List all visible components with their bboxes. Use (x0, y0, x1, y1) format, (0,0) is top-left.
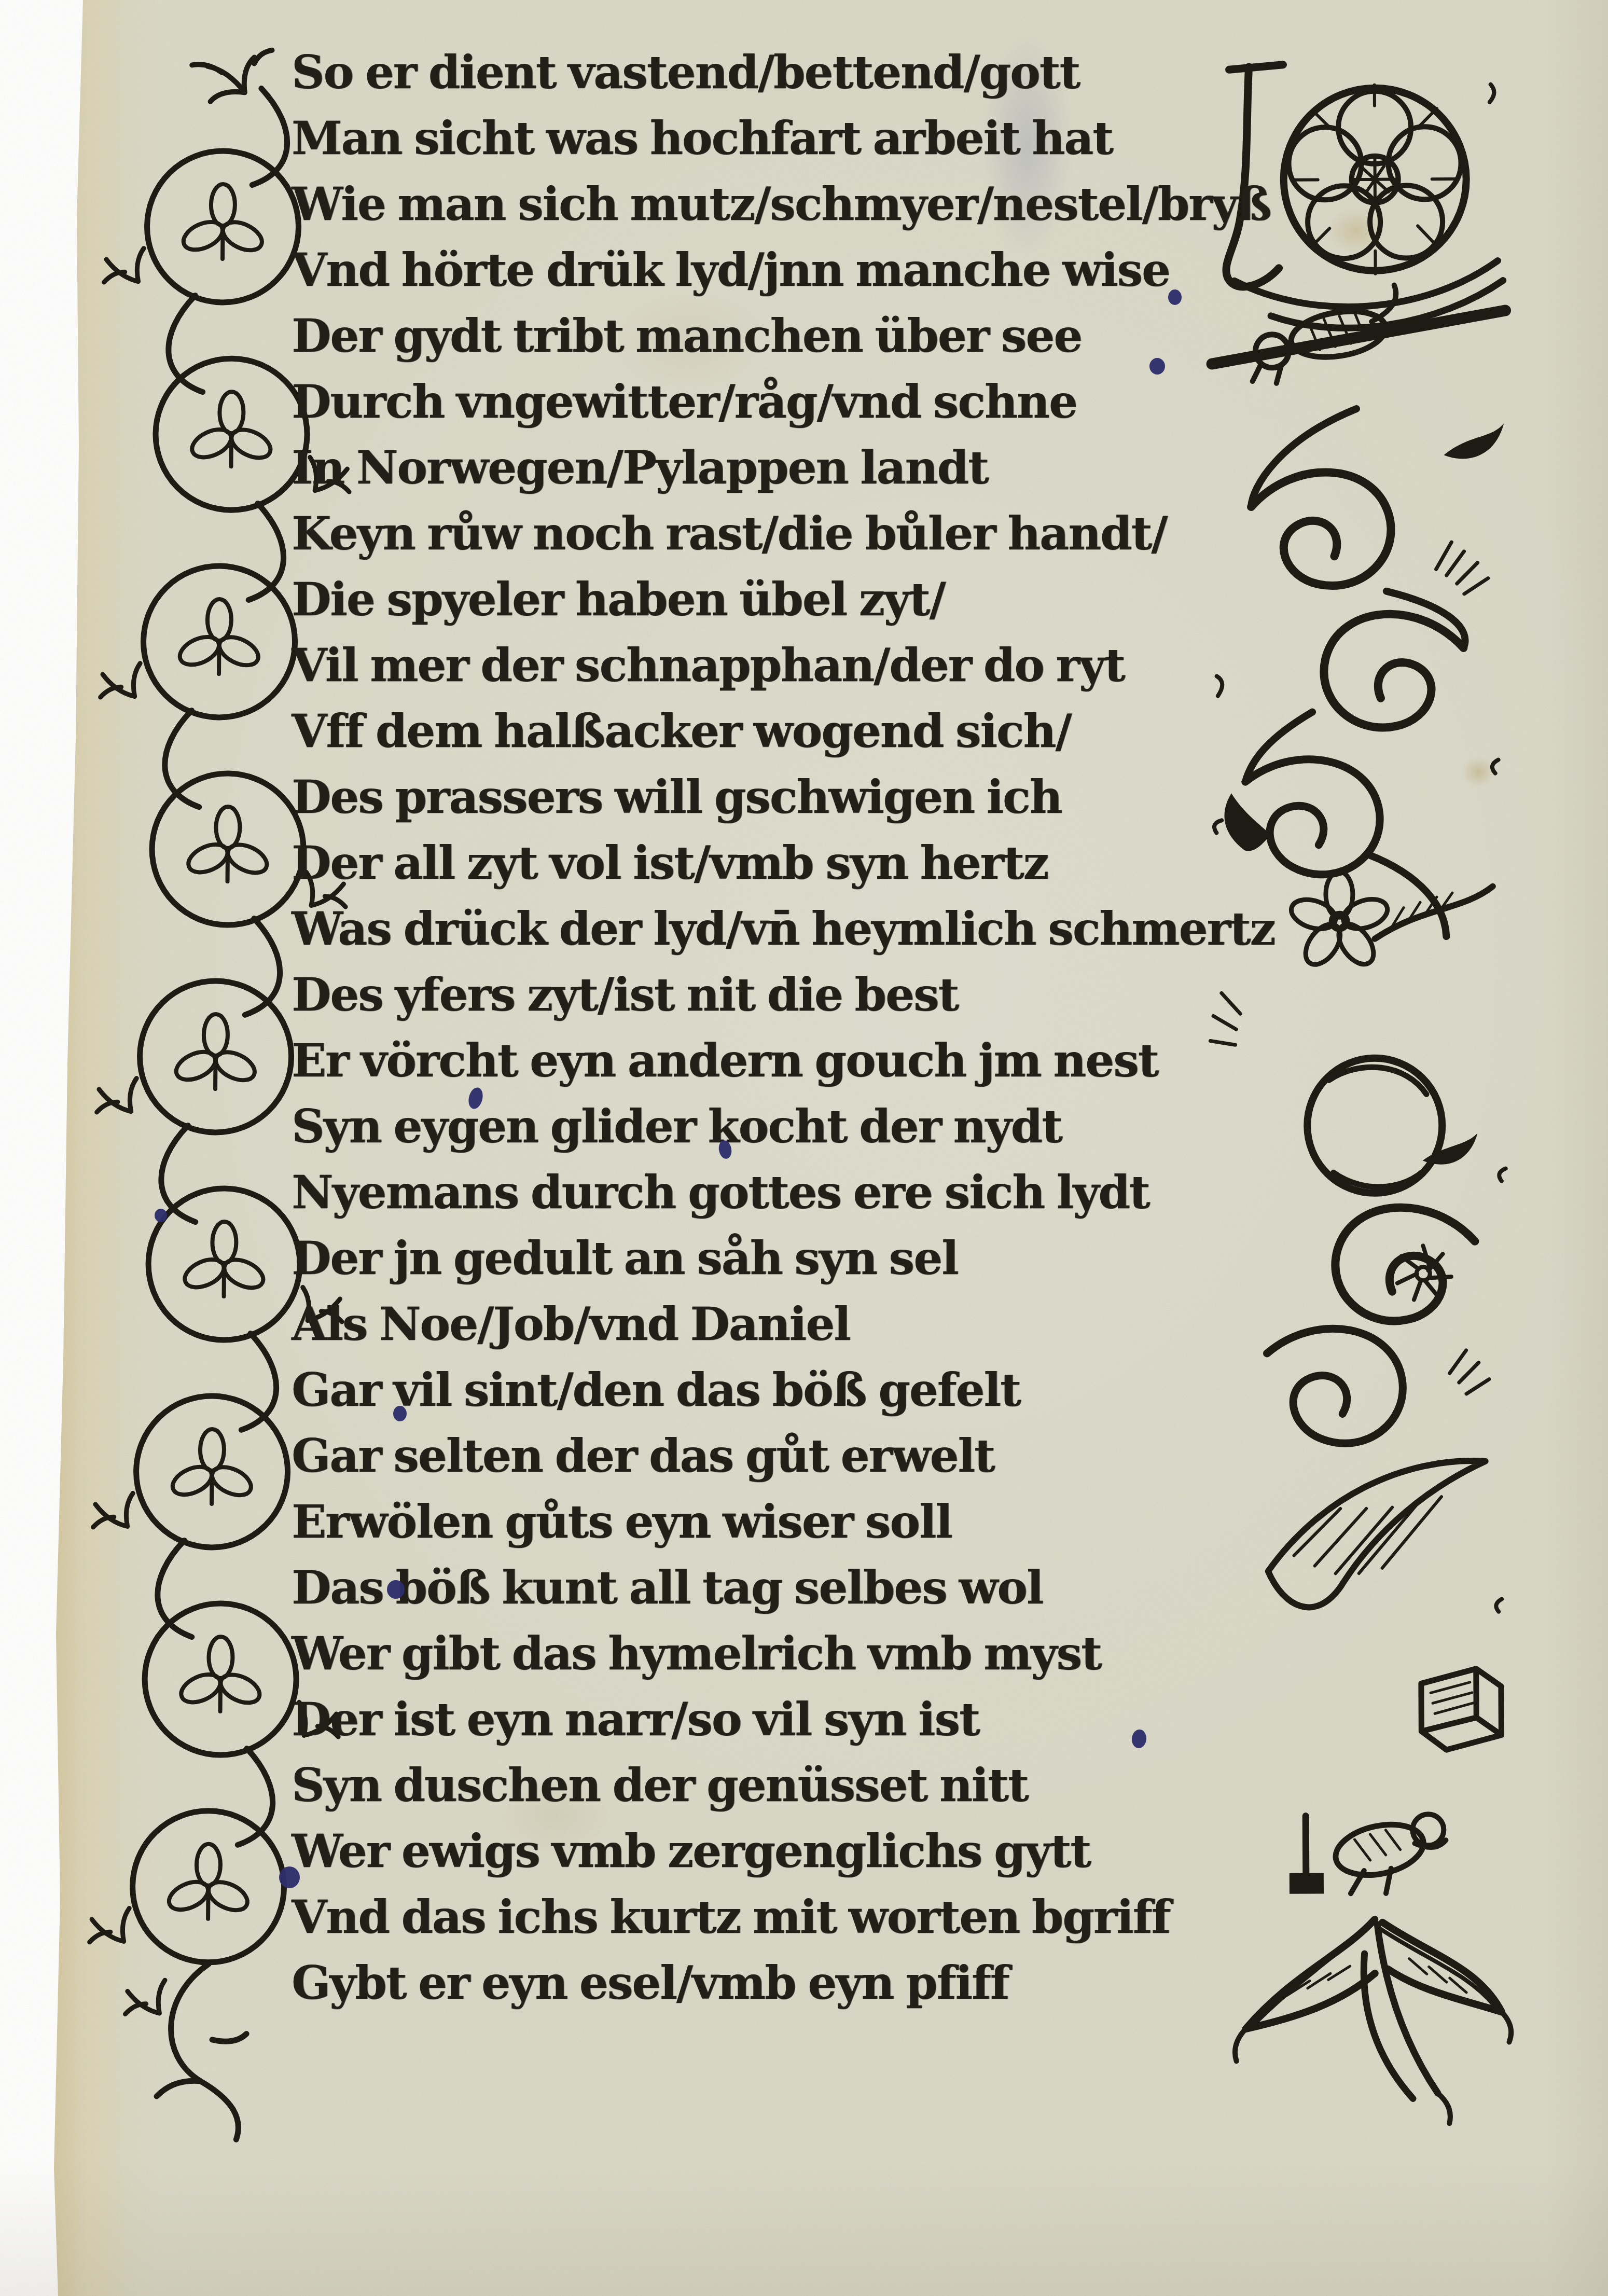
poem-line: Durch vngewitter/råg/vnd schne (292, 369, 1236, 435)
poem-line: Der all zyt vol ist/vmb syn hertz (292, 830, 1236, 896)
page-bottom-shading (0, 2161, 1608, 2296)
poem-line: So er dient vastend/bettend/gott (292, 39, 1236, 105)
poem-line: Wie man sich mutz/schmyer/nestel/bryß (292, 171, 1236, 237)
poem-line: Er vörcht eyn andern gouch jm nest (292, 1028, 1236, 1094)
poem-line: Des yfers zyt/ist nit die best (292, 962, 1236, 1028)
poem-text-block: So er dient vastend/bettend/gottMan sich… (292, 39, 1236, 2016)
right-acanthus-border-woodcut (1199, 45, 1521, 2157)
poem-line: Syn eygen glider kocht der nydt (292, 1094, 1236, 1159)
poem-line: Gybt er eyn esel/vmb eyn pfiff (292, 1950, 1236, 2016)
ink-spot (1168, 289, 1182, 305)
poem-line: Erwölen gůts eyn wiser soll (292, 1489, 1236, 1555)
poem-line: Was drück der lyd/vn̄ heymlich schmertz (292, 896, 1236, 962)
scanned-page: So er dient vastend/bettend/gottMan sich… (0, 0, 1608, 2296)
ink-spot (387, 1580, 405, 1599)
poem-line: Wer ewigs vmb zergenglichs gytt (292, 1818, 1236, 1884)
poem-line: Gar vil sint/den das böß gefelt (292, 1357, 1236, 1423)
poem-line: Syn duschen der genüsset nitt (292, 1752, 1236, 1818)
poem-line: Nyemans durch gottes ere sich lydt (292, 1159, 1236, 1225)
poem-line: Die spyeler haben übel zyt/ (292, 566, 1236, 632)
poem-line: In Norwegen/Pylappen landt (292, 435, 1236, 501)
poem-line: Der gydt tribt manchen über see (292, 303, 1236, 369)
ink-spot (279, 1866, 300, 1888)
poem-line: Keyn růw noch rast/die bůler handt/ (292, 501, 1236, 566)
poem-line: Der jn gedult an såh syn sel (292, 1225, 1236, 1291)
poem-line: Vff dem halßacker wogend sich/ (292, 698, 1236, 764)
ink-spot (393, 1406, 407, 1421)
poem-line: Vnd hörte drük lyd/jnn manche wise (292, 237, 1236, 303)
page-right-shading (1546, 0, 1608, 2296)
poem-line: Als Noe/Job/vnd Daniel (292, 1291, 1236, 1357)
poem-line: Der ist eyn narr/so vil syn ist (292, 1686, 1236, 1752)
poem-line: Vnd das ichs kurtz mit worten bgriff (292, 1884, 1236, 1950)
poem-line: Gar selten der das gůt erwelt (292, 1423, 1236, 1489)
poem-line: Des prassers will gschwigen ich (292, 764, 1236, 830)
poem-line: Wer gibt das hymelrich vmb myst (292, 1621, 1236, 1686)
poem-line: Vil mer der schnapphan/der do ryt (292, 632, 1236, 698)
poem-line: Das böß kunt all tag selbes wol (292, 1555, 1236, 1621)
ink-spot (1149, 358, 1165, 375)
ink-spot (155, 1209, 167, 1222)
poem-line: Man sicht was hochfart arbeit hat (292, 105, 1236, 171)
